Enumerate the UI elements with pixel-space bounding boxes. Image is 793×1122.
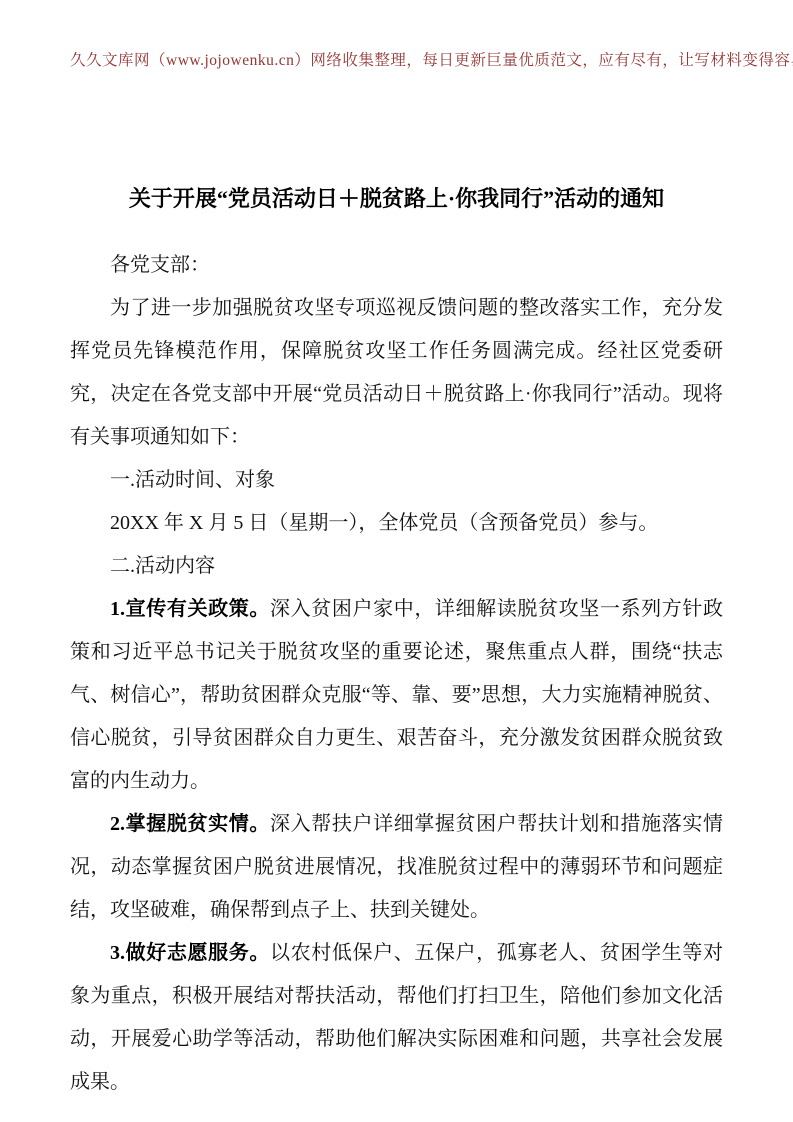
document-body: 各党支部： 为了进一步加强脱贫攻坚专项巡视反馈问题的整改落实工作，充分发挥党员先… xyxy=(70,244,723,1104)
time-target-paragraph: 20XX 年 X 月 5 日（星期一），全体党员（含预备党员）参与。 xyxy=(70,502,723,545)
item-2-paragraph: 2.掌握脱贫实情。深入帮扶户详细掌握贫困户帮扶计划和措施落实情况，动态掌握贫困户… xyxy=(70,803,723,932)
section-heading-content: 二.活动内容 xyxy=(70,545,723,588)
item-1-paragraph: 1.宣传有关政策。深入贫困户家中，详细解读脱贫攻坚一系列方针政策和习近平总书记关… xyxy=(70,588,723,803)
item-3-paragraph: 3.做好志愿服务。以农村低保户、五保户，孤寡老人、贫困学生等对象为重点，积极开展… xyxy=(70,932,723,1104)
watermark-header-notice: 久久文库网（www.jojowenku.cn）网络收集整理，每日更新巨量优质范文… xyxy=(70,50,723,71)
item-1-lead: 1.宣传有关政策。 xyxy=(110,598,270,620)
page-title: 关于开展“党员活动日＋脱贫路上·你我同行”活动的通知 xyxy=(70,183,723,214)
item-3-lead: 3.做好志愿服务。 xyxy=(110,942,270,964)
section-heading-time-target: 一.活动时间、对象 xyxy=(70,459,723,502)
item-1-text: 深入贫困户家中，详细解读脱贫攻坚一系列方针政策和习近平总书记关于脱贫攻坚的重要论… xyxy=(70,598,723,792)
item-2-lead: 2.掌握脱贫实情。 xyxy=(110,813,270,835)
item-3-text: 以农村低保户、五保户，孤寡老人、贫困学生等对象为重点，积极开展结对帮扶活动，帮他… xyxy=(70,942,723,1093)
salutation-paragraph: 各党支部： xyxy=(70,244,723,287)
intro-paragraph: 为了进一步加强脱贫攻坚专项巡视反馈问题的整改落实工作，充分发挥党员先锋模范作用，… xyxy=(70,287,723,459)
document-page: 久久文库网（www.jojowenku.cn）网络收集整理，每日更新巨量优质范文… xyxy=(0,0,793,1122)
